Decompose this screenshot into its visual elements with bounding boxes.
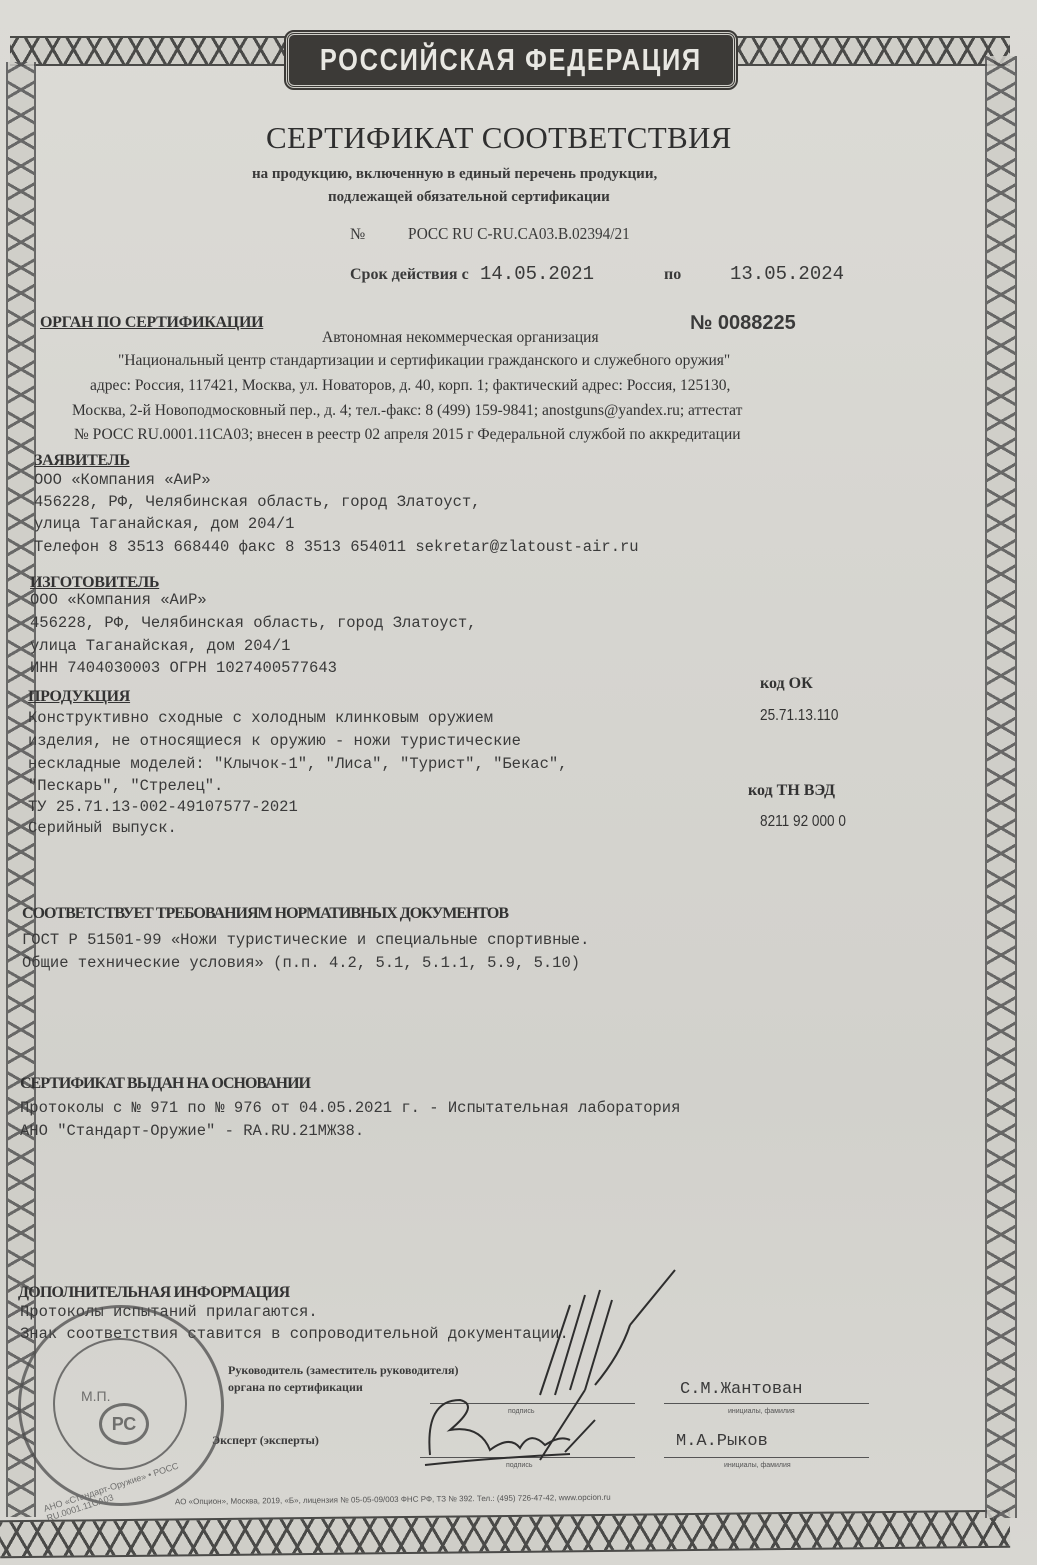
expert-name: М.А.Рыков: [676, 1432, 768, 1451]
product-line: нескладные моделей: "Клычок-1", "Лиса", …: [28, 754, 568, 775]
valid-from-date: 14.05.2021: [480, 263, 594, 285]
applicant-line: Телефон 8 3513 668440 факс 8 3513 654011…: [34, 537, 639, 558]
conformity-line: ГОСТ Р 51501-99 «Ножи туристические и сп…: [22, 930, 589, 951]
certificate-number-label: №: [350, 226, 365, 244]
product-line: ТУ 25.71.13-002-49107577-2021: [28, 797, 298, 818]
expert-name-line: [664, 1457, 869, 1458]
ok-code-value: 25.71.13.110: [760, 707, 838, 725]
head-role-label-line-2: органа по сертификации: [228, 1380, 363, 1395]
expert-signature-scribble: [420, 1380, 620, 1475]
product-line: изделия, не относящиеся к оружию - ножи …: [28, 731, 521, 752]
applicant-line: 456228, РФ, Челябинская область, город З…: [34, 492, 480, 513]
manufacturer-line: ООО «Компания «АиР»: [30, 590, 207, 611]
product-line: "Пескарь", "Стрелец".: [28, 776, 223, 797]
validity-to-label: по: [664, 266, 681, 284]
certification-body-line: Москва, 2-й Новоподмосковный пер., д. 4;…: [72, 400, 742, 421]
certification-body-line: "Национальный центр стандартизации и сер…: [118, 350, 730, 371]
ok-code-label: код ОК: [760, 675, 813, 693]
document-title: СЕРТИФИКАТ СООТВЕТСТВИЯ: [266, 120, 732, 156]
country-name: РОССИЙСКАЯ ФЕДЕРАЦИЯ: [320, 42, 702, 78]
certification-body-line: адрес: Россия, 117421, Москва, ул. Новат…: [90, 375, 730, 396]
organization-type: Автономная некоммерческая организация: [322, 327, 599, 348]
applicant-line: улица Таганайская, дом 204/1: [34, 514, 294, 535]
product-heading: ПРОДУКЦИЯ: [28, 688, 130, 706]
ornamental-border-right: [985, 56, 1017, 1518]
product-line: Серийный выпуск.: [28, 818, 177, 839]
head-role-label: Руководитель (заместитель руководителя): [228, 1363, 458, 1378]
manufacturer-line: 456228, РФ, Челябинская область, город З…: [30, 613, 476, 634]
official-stamp: М.П. РС АНО «Стандарт-Оружие» • РОСС RU.…: [18, 1305, 224, 1506]
basis-line: Протоколы с № 971 по № 976 от 04.05.2021…: [20, 1098, 680, 1119]
subtitle-line-1: на продукцию, включенную в единый перече…: [252, 166, 657, 183]
blank-number: № 0088225: [690, 312, 796, 335]
applicant-heading: ЗАЯВИТЕЛЬ: [34, 452, 130, 470]
additional-info-heading: ДОПОЛНИТЕЛЬНАЯ ИНФОРМАЦИЯ: [18, 1284, 289, 1302]
subtitle-line-2: подлежащей обязательной сертификации: [328, 189, 610, 206]
conformity-line: Общие технические условия» (п.п. 4.2, 5.…: [22, 953, 580, 974]
certification-body-line: № РОСС RU.0001.11СА03; внесен в реестр 0…: [74, 424, 741, 445]
rs-logo-icon: РС: [99, 1403, 149, 1445]
product-line: Конструктивно сходные с холодным клинков…: [28, 708, 493, 729]
expert-name-caption: инициалы, фамилия: [724, 1462, 791, 1469]
valid-to-date: 13.05.2024: [730, 263, 844, 285]
country-banner: РОССИЙСКАЯ ФЕДЕРАЦИЯ: [286, 32, 736, 88]
applicant-line: ООО «Компания «АиР»: [34, 470, 211, 491]
tnved-code-label: код ТН ВЭД: [748, 782, 835, 800]
validity-label: Срок действия с: [350, 266, 469, 284]
expert-role-label: Эксперт (эксперты): [212, 1433, 319, 1448]
head-name-caption: инициалы, фамилия: [728, 1408, 795, 1415]
conformity-heading: СООТВЕТСТВУЕТ ТРЕБОВАНИЯМ НОРМАТИВНЫХ ДО…: [22, 905, 508, 923]
certificate-number: РОСС RU C-RU.CA03.B.02394/21: [408, 224, 630, 244]
manufacturer-line: улица Таганайская, дом 204/1: [30, 636, 290, 657]
stamp-mark: М.П.: [81, 1388, 111, 1404]
basis-heading: СЕРТИФИКАТ ВЫДАН НА ОСНОВАНИИ: [20, 1075, 310, 1093]
certification-body-heading: ОРГАН ПО СЕРТИФИКАЦИИ: [40, 314, 263, 332]
tnved-code-value: 8211 92 000 0: [760, 813, 846, 831]
basis-line: АНО "Стандарт-Оружие" - RA.RU.21МЖ38.: [20, 1121, 364, 1142]
manufacturer-line: ИНН 7404030003 ОГРН 1027400577643: [30, 658, 337, 679]
